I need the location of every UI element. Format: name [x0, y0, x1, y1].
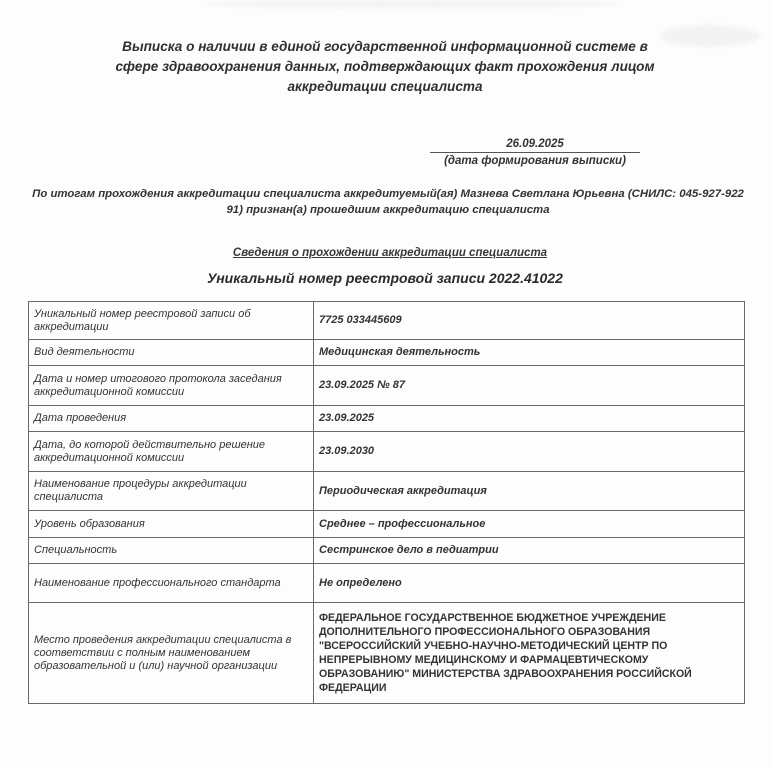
scanned-page: Выписка о наличии в единой государственн… — [0, 0, 771, 768]
row-value: 7725 033445609 — [314, 302, 745, 340]
registry-number-heading: Уникальный номер реестровой записи 2022.… — [150, 270, 620, 286]
row-label: Место проведения аккредитации специалист… — [29, 603, 314, 704]
scan-artifact — [200, 0, 620, 8]
section-heading: Сведения о прохождении аккредитации спец… — [190, 247, 590, 259]
row-value: Среднее – профессиональное — [314, 511, 745, 538]
row-label: Вид деятельности — [29, 340, 314, 366]
row-value: 23.09.2025 — [314, 406, 745, 432]
table-row: Место проведения аккредитации специалист… — [29, 603, 745, 704]
table-row: Уровень образования Среднее – профессион… — [29, 511, 745, 538]
accreditation-table: Уникальный номер реестровой записи об ак… — [28, 301, 745, 704]
formation-date-block: 26.09.2025 (дата формирования выписки) — [430, 138, 640, 169]
row-label: Специальность — [29, 538, 314, 564]
document-title: Выписка о наличии в единой государственн… — [100, 37, 670, 97]
table-row: Наименование процедуры аккредитации спец… — [29, 472, 745, 511]
table-row: Наименование профессионального стандарта… — [29, 564, 745, 603]
row-value: 23.09.2025 № 87 — [314, 366, 745, 406]
row-value: Периодическая аккредитация — [314, 472, 745, 511]
row-value: ФЕДЕРАЛЬНОЕ ГОСУДАРСТВЕННОЕ БЮДЖЕТНОЕ УЧ… — [314, 603, 745, 704]
formation-date-caption: (дата формирования выписки) — [430, 153, 640, 169]
row-label: Дата проведения — [29, 406, 314, 432]
row-label: Дата и номер итогового протокола заседан… — [29, 366, 314, 406]
scan-artifact — [660, 25, 760, 47]
result-statement: По итогам прохождения аккредитации специ… — [28, 186, 748, 218]
table-row: Дата, до которой действительно решение а… — [29, 432, 745, 472]
row-value: Не определено — [314, 564, 745, 603]
row-label: Наименование профессионального стандарта — [29, 564, 314, 603]
row-value: Сестринское дело в педиатрии — [314, 538, 745, 564]
table-row: Вид деятельности Медицинская деятельност… — [29, 340, 745, 366]
table-row: Уникальный номер реестровой записи об ак… — [29, 302, 745, 340]
row-value: Медицинская деятельность — [314, 340, 745, 366]
table-row: Дата проведения 23.09.2025 — [29, 406, 745, 432]
row-label: Наименование процедуры аккредитации спец… — [29, 472, 314, 511]
table-row: Дата и номер итогового протокола заседан… — [29, 366, 745, 406]
table-row: Специальность Сестринское дело в педиатр… — [29, 538, 745, 564]
row-value: 23.09.2030 — [314, 432, 745, 472]
row-label: Уровень образования — [29, 511, 314, 538]
formation-date: 26.09.2025 — [430, 138, 640, 153]
row-label: Уникальный номер реестровой записи об ак… — [29, 302, 314, 340]
row-label: Дата, до которой действительно решение а… — [29, 432, 314, 472]
